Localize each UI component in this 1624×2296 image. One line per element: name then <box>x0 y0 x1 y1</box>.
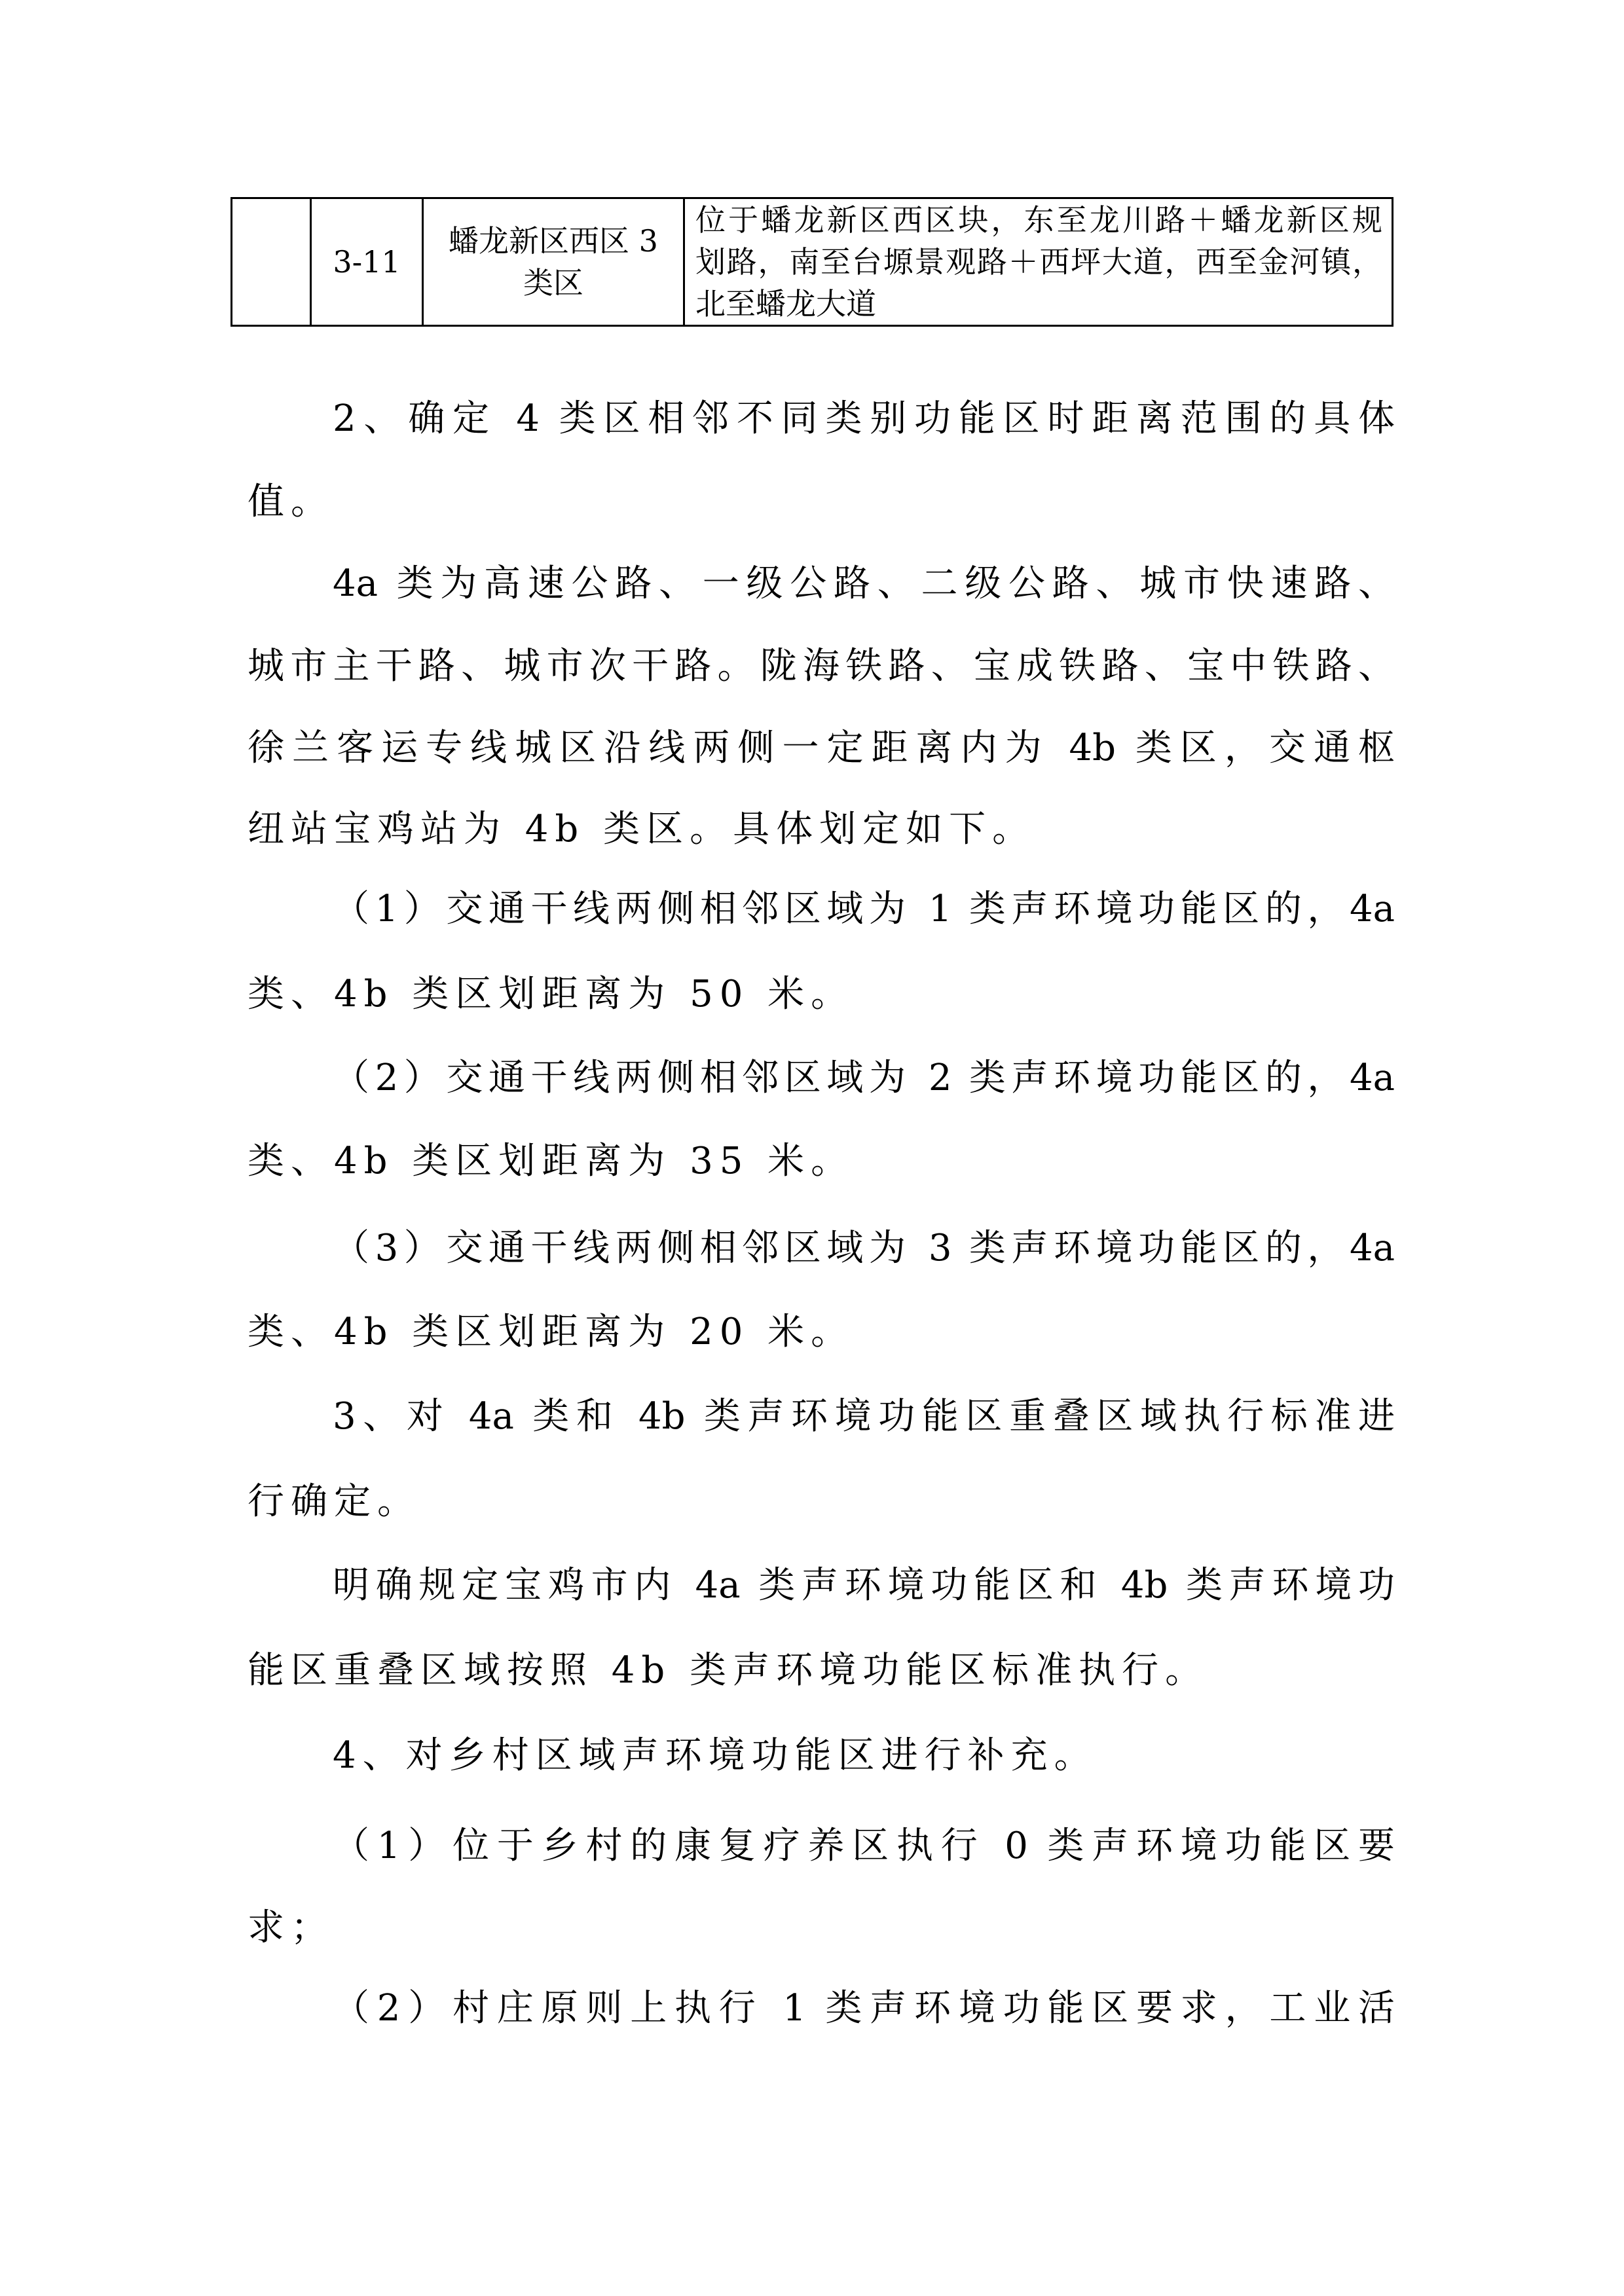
table-row: 3-11 蟠龙新区西区 3 类区 位于蟠龙新区西区块，东至龙川路＋蟠龙新区规 划… <box>232 198 1393 326</box>
description-line: 位于蟠龙新区西区块，东至龙川路＋蟠龙新区规 <box>695 199 1382 241</box>
category-cell <box>232 198 311 326</box>
paragraph-line: 行确定。 <box>248 1476 1395 1528</box>
paragraph-line: 徐兰客运专线城区沿线两侧一定距离内为 4b 类区，交通枢 <box>248 722 1395 774</box>
list-item-3: （3）交通干线两侧相邻区域为 3 类声环境功能区的，4a <box>333 1222 1395 1275</box>
list-item-1: （1）位于乡村的康复疗养区执行 0 类声环境功能区要 <box>333 1820 1395 1872</box>
heading-item-2: 2、确定 4 类区相邻不同类别功能区时距离范围的具体 <box>333 393 1395 445</box>
paragraph-line: 类、4b 类区划距离为 20 米。 <box>248 1306 1395 1358</box>
paragraph-line: 类、4b 类区划距离为 50 米。 <box>248 968 1395 1021</box>
document-page: 3-11 蟠龙新区西区 3 类区 位于蟠龙新区西区块，东至龙川路＋蟠龙新区规 划… <box>0 0 1624 2296</box>
paragraph-line: 4a 类为高速公路、一级公路、二级公路、城市快速路、 <box>333 558 1395 610</box>
paragraph-line: 值。 <box>248 476 1395 528</box>
paragraph-line: 城市主干路、城市次干路。陇海铁路、宝成铁路、宝中铁路、 <box>248 640 1395 693</box>
paragraph-line: 求； <box>248 1902 1395 1954</box>
list-item-1: （1）交通干线两侧相邻区域为 1 类声环境功能区的，4a <box>333 883 1395 936</box>
heading-item-4: 4、对乡村区域声环境功能区进行补充。 <box>333 1730 1395 1782</box>
zone-name-line: 蟠龙新区西区 3 <box>424 220 683 262</box>
paragraph-line: 能区重叠区域按照 4b 类声环境功能区标准执行。 <box>248 1645 1395 1697</box>
paragraph-line: 明确规定宝鸡市内 4a 类声环境功能区和 4b 类声环境功 <box>333 1559 1395 1612</box>
zone-description-cell: 位于蟠龙新区西区块，东至龙川路＋蟠龙新区规 划路，南至台塬景观路＋西坪大道，西至… <box>684 198 1393 326</box>
list-item-2: （2）交通干线两侧相邻区域为 2 类声环境功能区的，4a <box>333 1052 1395 1104</box>
zone-name-line: 类区 <box>424 262 683 304</box>
paragraph-line: 类、4b 类区划距离为 35 米。 <box>248 1135 1395 1188</box>
description-line: 划路，南至台塬景观路＋西坪大道，西至金河镇， <box>695 241 1382 283</box>
paragraph-line: 纽站宝鸡站为 4b 类区。具体划定如下。 <box>248 803 1395 856</box>
list-item-2: （2）村庄原则上执行 1 类声环境功能区要求，工业活 <box>333 1982 1395 2035</box>
description-line: 北至蟠龙大道 <box>695 283 1382 325</box>
zone-code-cell: 3-11 <box>311 198 423 326</box>
zone-name-cell: 蟠龙新区西区 3 类区 <box>423 198 684 326</box>
zone-table: 3-11 蟠龙新区西区 3 类区 位于蟠龙新区西区块，东至龙川路＋蟠龙新区规 划… <box>231 197 1393 327</box>
heading-item-3: 3、对 4a 类和 4b 类声环境功能区重叠区域执行标准进 <box>333 1391 1395 1443</box>
